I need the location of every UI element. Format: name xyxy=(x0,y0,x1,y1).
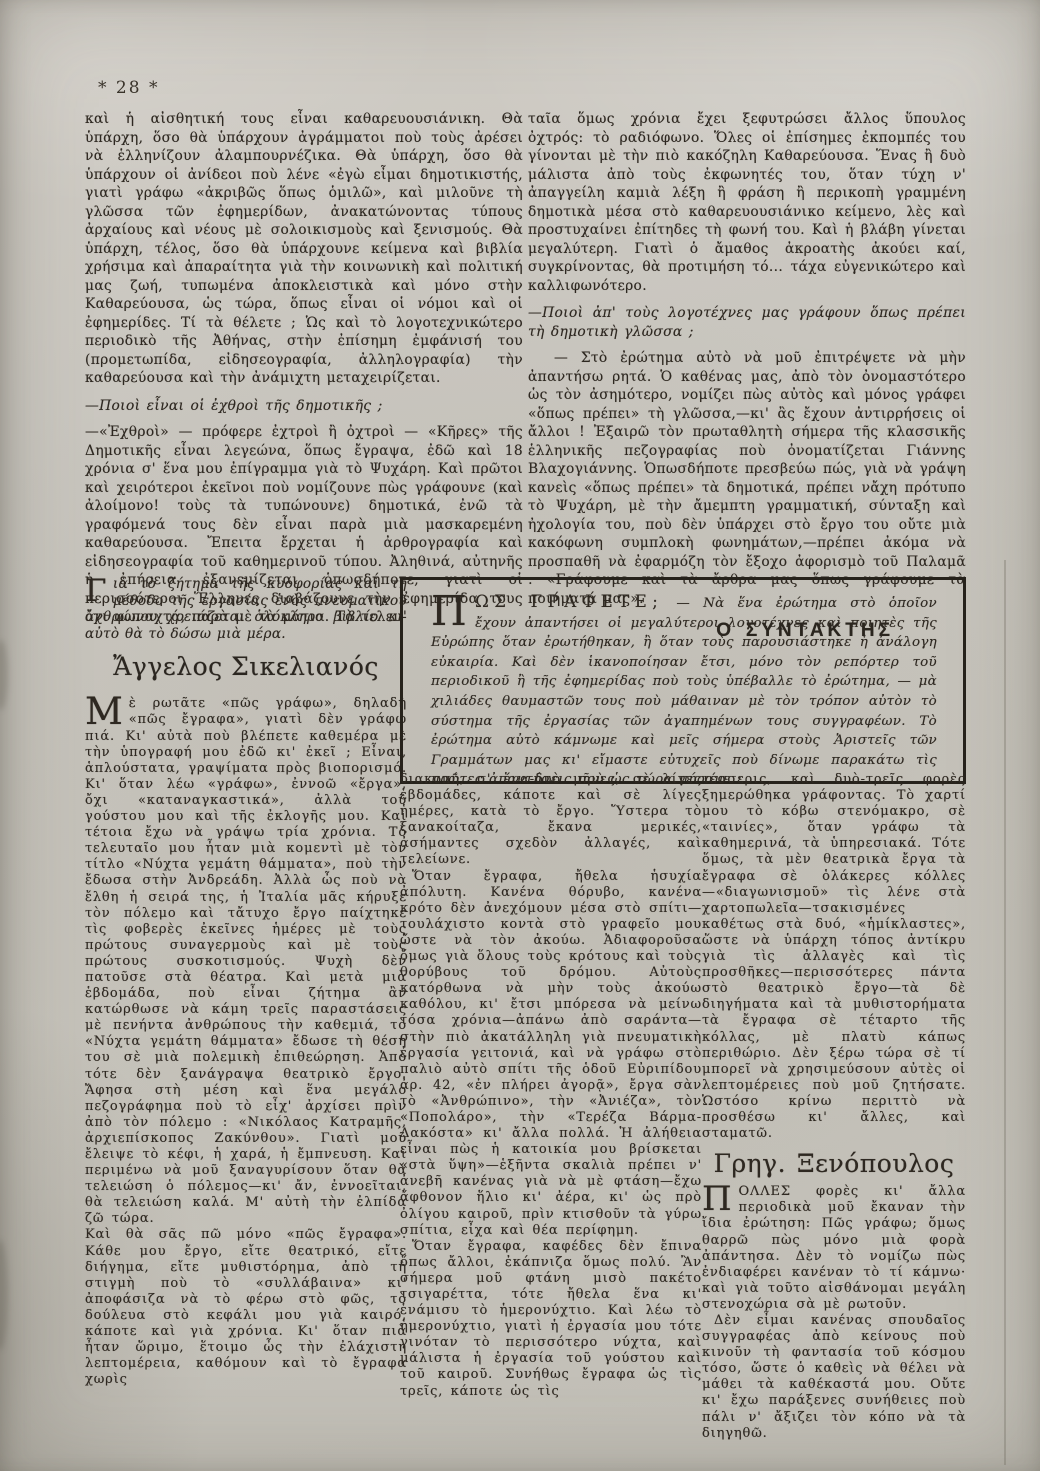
top-right-column: ταῖα ὅμως χρόνια ἔχει ξεφυτρώσει ἄλλος ὕ… xyxy=(528,110,966,641)
sikelianos-closing-paragraph: Γιὰ τὸ ζήτημα τῆς κυοφορίας καὶ τὴ μέθοδ… xyxy=(85,576,407,642)
left-bottom-column: Γιὰ τὸ ζήτημα τῆς κυοφορίας καὶ τὴ μέθοδ… xyxy=(85,576,407,1388)
scan-edge-line xyxy=(1004,560,1006,1465)
sikelianos-signature: Ἄγγελος Σικελιανός xyxy=(85,652,407,681)
paragraph: διακοπή, σ' ἕνα-δυὸ μῆνες, σὲ λίγες ἑβδο… xyxy=(400,772,702,869)
how-do-you-write-box: ΠΩΣ ΓΡΑΦΕΤΕ; — Νὰ ἕνα ἐρώτημα στὸ ὁποῖον… xyxy=(400,577,966,784)
dropcap-pi-second: Π xyxy=(702,1184,739,1213)
top-left-column: καὶ ἡ αἰσθητική τους εἶναι καθαρευουσιάν… xyxy=(85,110,523,627)
paragraph: Καὶ θὰ σᾶς πῶ μόνο «πῶς ἔγραφα». Κάθε μο… xyxy=(85,1227,407,1388)
paragraph: Μὲ ρωτᾶτε «πῶς γράφω», δηλαδὴ «πῶς ἔγραφ… xyxy=(85,696,407,1227)
page-number: * 28 * xyxy=(98,78,159,98)
paragraph: Δὲν εἶμαι κανένας σπουδαῖος συγγραφέας ἀ… xyxy=(702,1313,966,1442)
paragraph: καὶ ἡ αἰσθητική τους εἶναι καθαρευουσιάν… xyxy=(85,110,523,388)
interview-question: —Ποιοὶ εἶναι οἱ ἐχθροὶ τῆς δημοτικῆς ; xyxy=(85,397,523,416)
xenopoulos-column-2: διακοπή, σ' ἕνα-δυὸ μῆνες, σὲ λίγες ἑβδο… xyxy=(400,772,702,1400)
xenopoulos-column-3: τέσσερις, καὶ δυὸ-τρεῖς φορὲς ξημερώθηκα… xyxy=(702,772,966,1442)
paragraph: ΠΟΛΛΕΣ φορὲς κι' ἄλλα περιοδικὰ μοῦ ἔκαν… xyxy=(702,1184,966,1313)
dropcap-mu: Μ xyxy=(85,696,129,726)
box-text: ΠΩΣ ΓΡΑΦΕΤΕ; — Νὰ ἕνα ἐρώτημα στὸ ὁποῖον… xyxy=(431,592,937,784)
paragraph: — Στὸ ἐρώτημα αὐτὸ νὰ μοῦ ἐπιτρέψετε νὰ … xyxy=(528,349,966,608)
xenopoulos-signature: Γρηγ. Ξενόπουλος xyxy=(702,1156,966,1172)
scan-smudge xyxy=(0,1240,8,1350)
paragraph: τέσσερις, καὶ δυὸ-τρεῖς φορὲς ξημερώθηκα… xyxy=(702,772,966,1142)
paragraph: Ὅταν ἔγραφα, ἤθελα ἡσυχία ἀπόλυτη. Κανέν… xyxy=(400,869,702,1239)
paragraph: Ὅταν ἔγραφα, καφέδες δὲν ἔπινα ὅπως ἄλλο… xyxy=(400,1239,702,1400)
dropcap-gamma: Γ xyxy=(85,576,113,605)
paragraph: ταῖα ὅμως χρόνια ἔχει ξεφυτρώσει ἄλλος ὕ… xyxy=(528,110,966,295)
dropcap-pi: Π xyxy=(431,592,475,628)
box-title: ΩΣ ΓΡΑΦΕΤΕ; xyxy=(475,592,663,611)
scan-smudge xyxy=(0,640,8,710)
xenopoulos-column-1: Μὲ ρωτᾶτε «πῶς γράφω», δηλαδὴ «πῶς ἔγραφ… xyxy=(85,696,407,1388)
box-body: — Νὰ ἕνα ἐρώτημα στὸ ὁποῖον ἔχουν ἀπαντή… xyxy=(431,596,937,784)
interview-question: —Ποιοὶ ἀπ' τοὺς λογοτέχνες μας γράφουν ὅ… xyxy=(528,304,966,341)
